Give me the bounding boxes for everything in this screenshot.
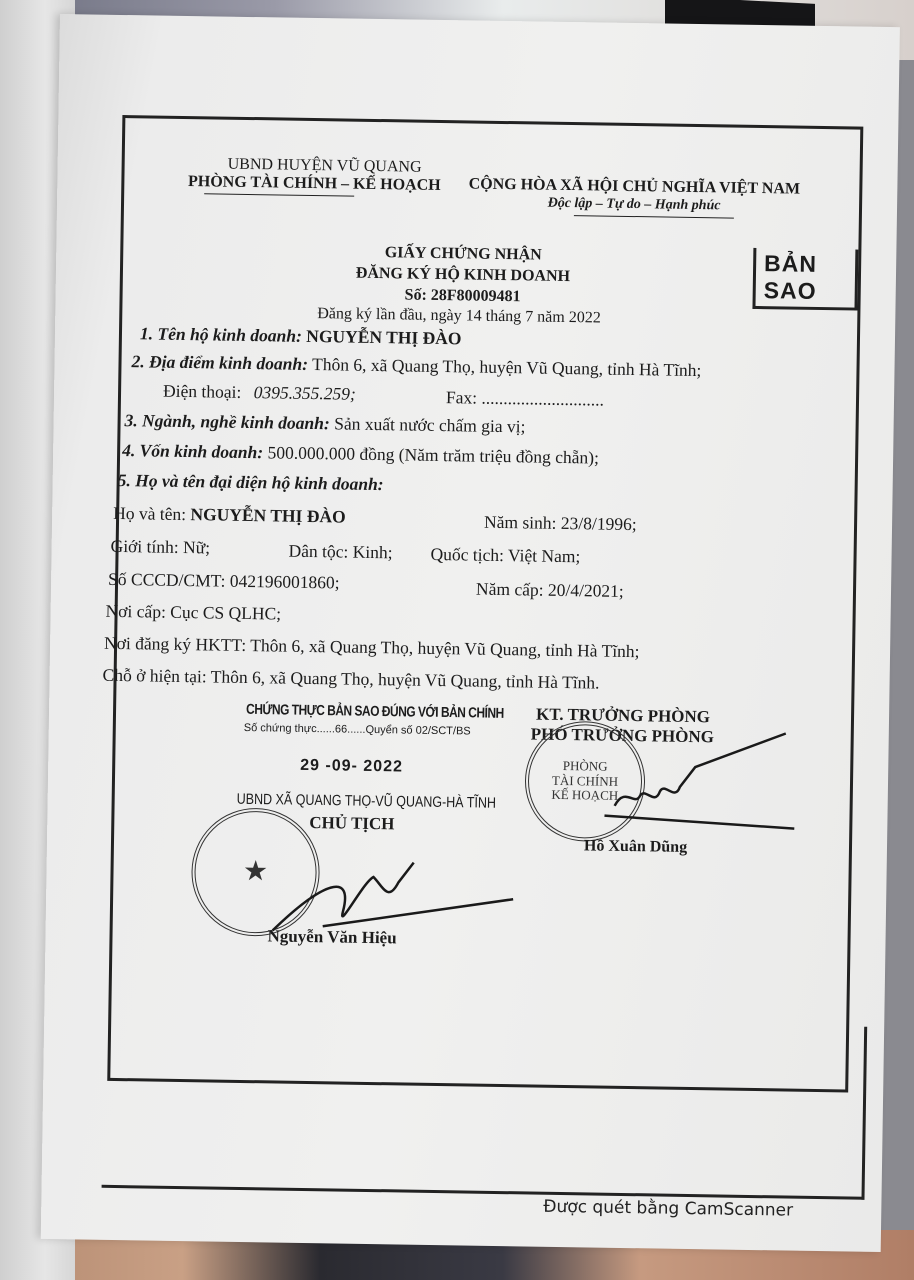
business-name-row: 1. Tên hộ kinh doanh: NGUYỄN THỊ ĐÀO (140, 323, 462, 349)
agency-underline (204, 193, 354, 196)
residence-label: Chỗ ở hiện tại: (102, 665, 206, 687)
phone-value: 0395.355.259; (254, 382, 356, 404)
certification-number: Số chứng thực......66......Quyển số 02/S… (244, 722, 471, 738)
certification-role: CHỦ TỊCH (309, 813, 394, 834)
id-row: Số CCCD/CMT: 042196001860; (108, 569, 340, 594)
issue-date-value: 20/4/2021; (548, 580, 624, 601)
id-label: Số CCCD/CMT: (108, 569, 226, 591)
dob-label: Năm sinh: (484, 512, 557, 533)
capital-value: 500.000.000 đồng (Năm trăm triệu đồng ch… (267, 442, 599, 467)
residence-value: Thôn 6, xã Quang Thọ, huyện Vũ Quang, tỉ… (211, 666, 600, 692)
gender-row: Giới tính: Nữ; (110, 536, 210, 559)
document-page: UBND HUYỆN VŨ QUANG PHÒNG TÀI CHÍNH – KẾ… (41, 14, 900, 1252)
fax-value: ............................ (481, 388, 604, 410)
issue-place-value: Cục CS QLHC; (170, 602, 281, 624)
certification-signer: Nguyễn Văn Hiệu (267, 926, 396, 948)
deputy-signature (584, 725, 806, 838)
industry-value: Sản xuất nước chấm gia vị; (334, 413, 526, 436)
title-line2: ĐĂNG KÝ HỘ KINH DOANH (293, 264, 633, 287)
nationality-row: Quốc tịch: Việt Nam; (430, 544, 580, 567)
gender-value: Nữ; (183, 537, 210, 557)
dob-value: 23/8/1996; (561, 513, 637, 534)
fax-row: Fax: ............................ (446, 387, 604, 410)
business-name-value: NGUYỄN THỊ ĐÀO (306, 326, 462, 348)
registration-date: Đăng ký lần đầu, ngày 14 tháng 7 năm 202… (317, 305, 601, 327)
nationality-value: Việt Nam; (508, 545, 581, 566)
ethnicity-label: Dân tộc: (288, 541, 348, 562)
capital-label: 4. Vốn kinh doanh: (122, 440, 263, 462)
representative-heading: 5. Họ và tên đại diện hộ kinh doanh: (118, 470, 384, 495)
camscanner-watermark: Được quét bằng CamScanner (543, 1197, 793, 1221)
agency-name: PHÒNG TÀI CHÍNH – KẾ HOẠCH (154, 173, 474, 196)
hktt-row: Nơi đăng ký HKTT: Thôn 6, xã Quang Thọ, … (104, 633, 640, 662)
issue-place-label: Nơi cấp: (105, 601, 166, 622)
fax-label: Fax: (446, 387, 477, 407)
ethnicity-row: Dân tộc: Kinh; (288, 541, 392, 564)
industry-label: 3. Ngành, nghề kinh doanh: (124, 410, 330, 433)
hktt-label: Nơi đăng ký HKTT: (104, 633, 246, 655)
industry-row: 3. Ngành, nghề kinh doanh: Sản xuất nước… (124, 410, 525, 437)
residence-row: Chỗ ở hiện tại: Thôn 6, xã Quang Thọ, hu… (102, 665, 599, 694)
title-line1: GIẤY CHỨNG NHẬN (293, 243, 633, 266)
capital-row: 4. Vốn kinh doanh: 500.000.000 đồng (Năm… (122, 440, 599, 468)
rep-name-label: Họ và tên: (113, 503, 186, 524)
ethnicity-value: Kinh; (353, 542, 393, 563)
location-value: Thôn 6, xã Quang Thọ, huyện Vũ Quang, tỉ… (312, 354, 702, 380)
location-label: 2. Địa điểm kinh doanh: (131, 351, 308, 374)
certification-authority: UBND XÃ QUANG THỌ-VŨ QUANG-HÀ TĨNH (237, 790, 497, 811)
signatory-name: Hồ Xuân Dũng (584, 837, 687, 857)
nationality-label: Quốc tịch: (430, 544, 504, 565)
issue-date-row: Năm cấp: 20/4/2021; (476, 579, 624, 602)
phone-label: Điện thoại: (163, 381, 242, 402)
copy-stamp: BẢN SAO (752, 248, 858, 311)
document-frame: UBND HUYỆN VŨ QUANG PHÒNG TÀI CHÍNH – KẾ… (107, 115, 863, 1093)
dob-row: Năm sinh: 23/8/1996; (484, 512, 637, 535)
phone-row: Điện thoại: 0395.355.259; (163, 381, 356, 405)
business-name-label: 1. Tên hộ kinh doanh: (140, 323, 302, 346)
issue-place-row: Nơi cấp: Cục CS QLHC; (105, 601, 281, 625)
location-row: 2. Địa điểm kinh doanh: Thôn 6, xã Quang… (131, 351, 701, 381)
hktt-value: Thôn 6, xã Quang Thọ, huyện Vũ Quang, tỉ… (250, 635, 640, 661)
signatory-title-1: KT. TRƯỞNG PHÒNG (536, 705, 710, 728)
rep-name-row: Họ và tên: NGUYỄN THỊ ĐÀO (113, 503, 346, 528)
certification-date: 29 -09- 2022 (300, 757, 403, 777)
issue-date-label: Năm cấp: (476, 579, 544, 600)
certification-title: CHỨNG THỰC BẢN SAO ĐÚNG VỚI BẢN CHÍNH (246, 701, 504, 722)
rep-name-value: NGUYỄN THỊ ĐÀO (190, 504, 346, 526)
outer-frame-edge (102, 1015, 868, 1200)
gender-label: Giới tính: (110, 536, 178, 557)
id-value: 042196001860; (230, 571, 340, 593)
motto-underline (574, 215, 734, 219)
